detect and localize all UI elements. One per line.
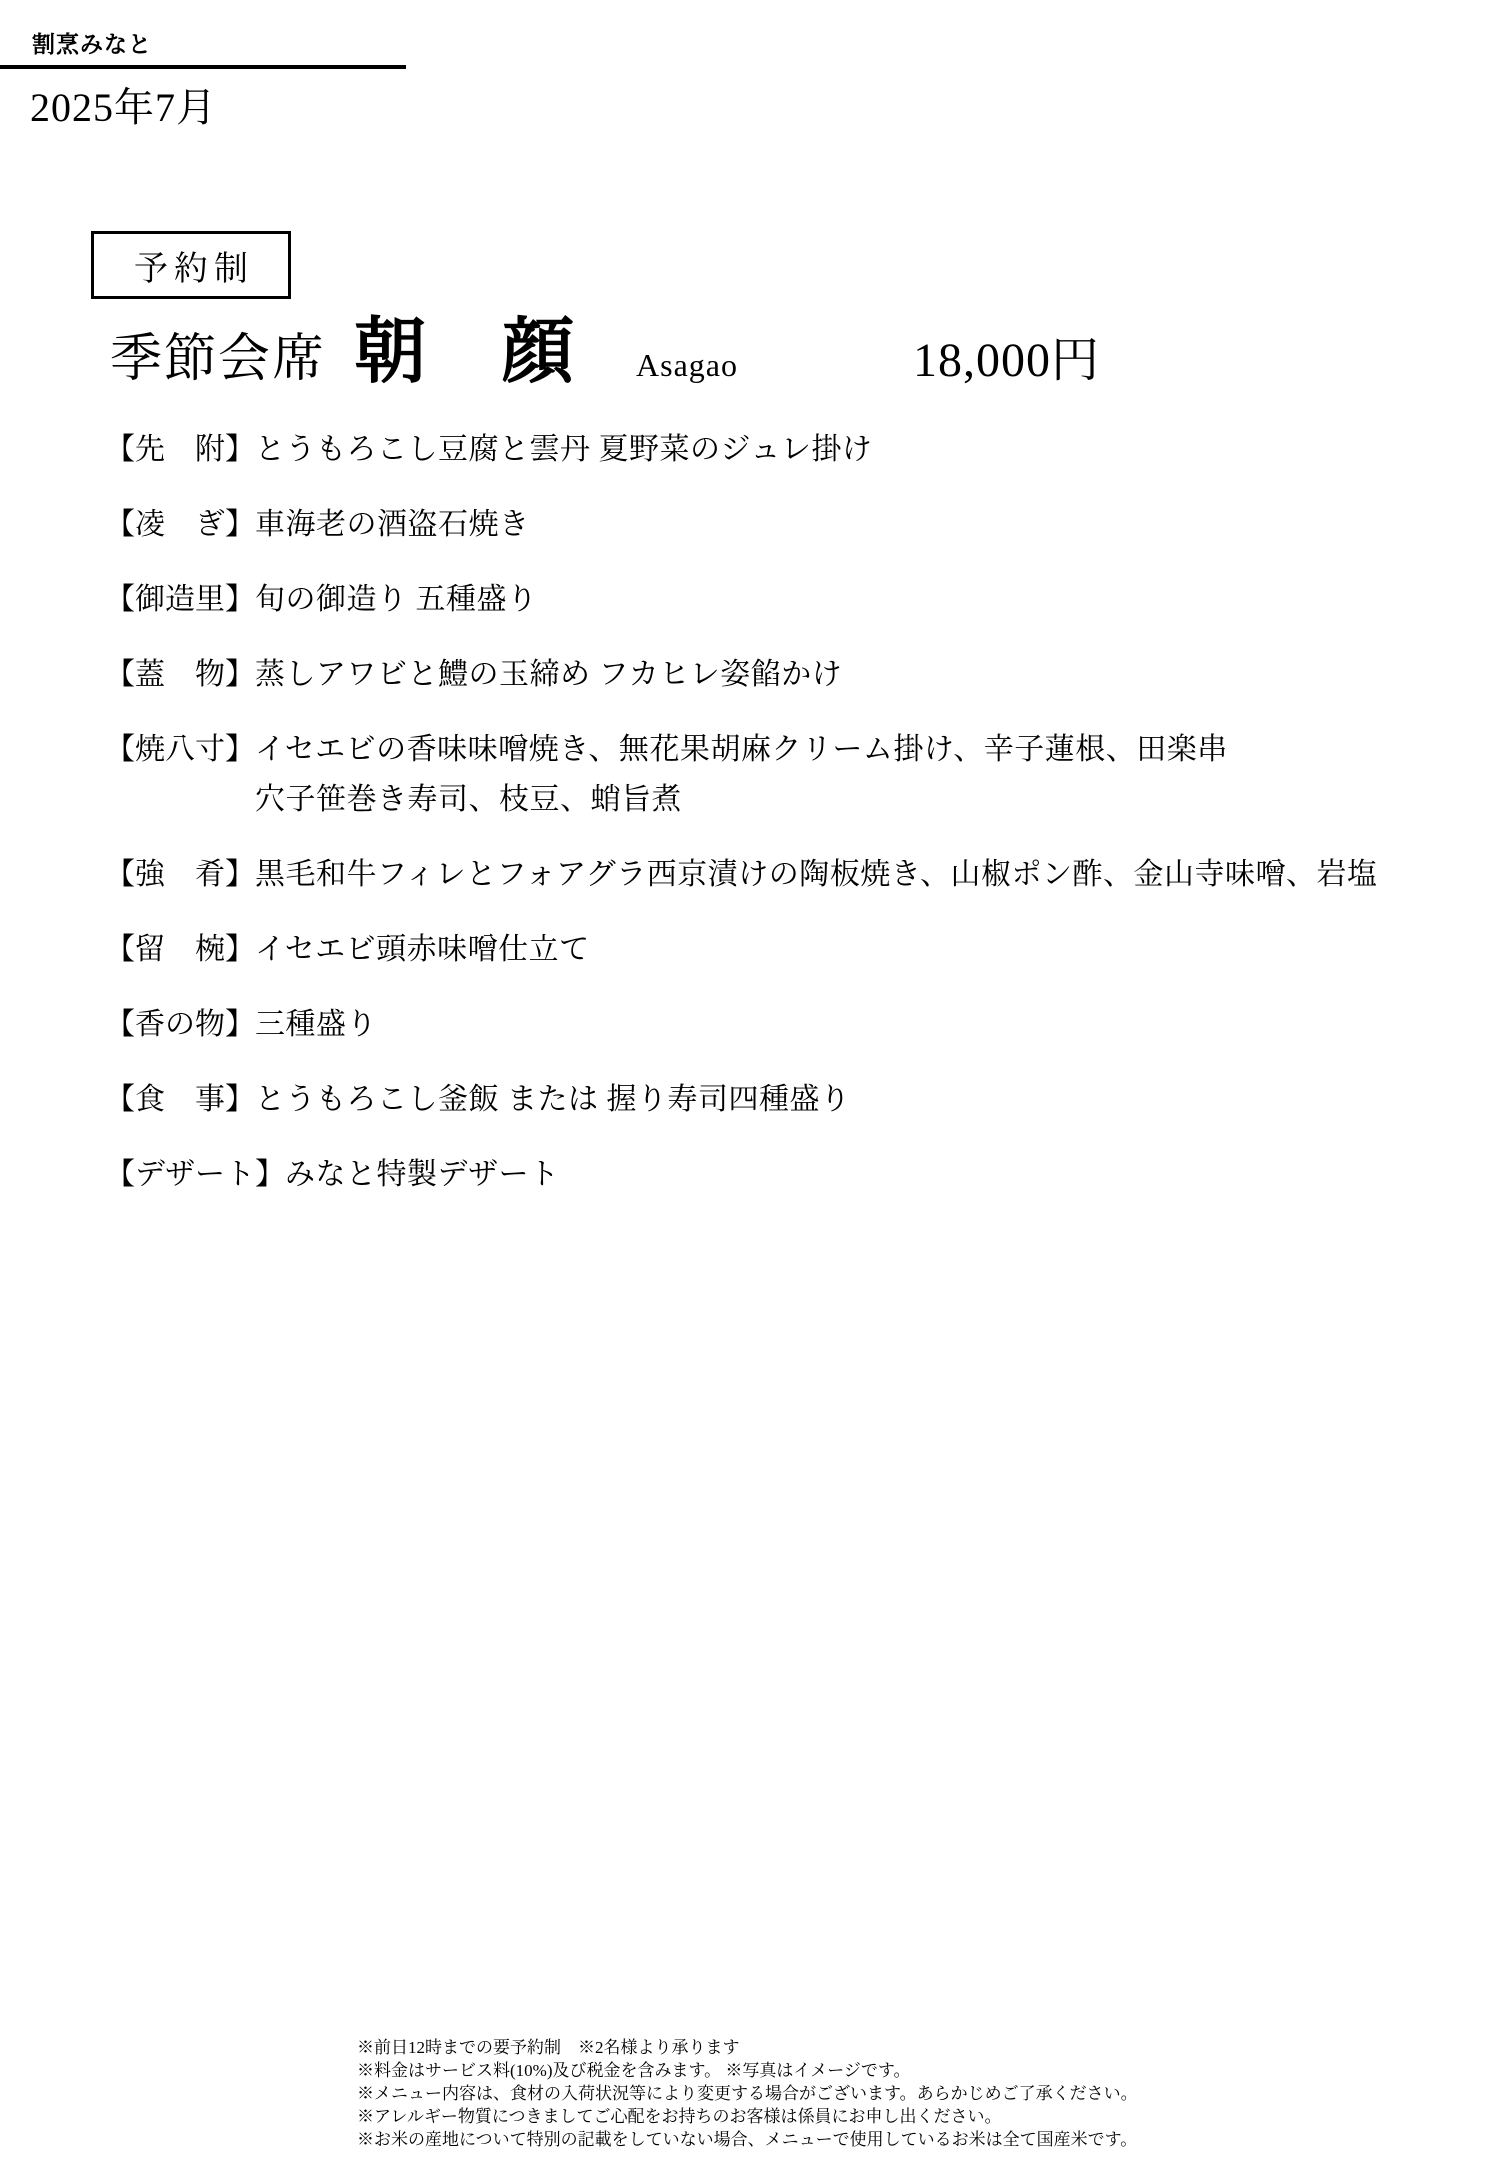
footnote-line: ※アレルギー物質につきましてご心配をお持ちのお客様は係員にお申し出ください。 xyxy=(357,2105,1457,2128)
menu-item-shokuji: 【食 事】 とうもろこし釜飯 または 握り寿司四種盛り xyxy=(105,1075,1445,1125)
menu-item-label: 【蓋 物】 xyxy=(105,650,255,700)
menu-list: 【先 附】 とうもろこし豆腐と雲丹 夏野菜のジュレ掛け 【凌 ぎ】 車海老の酒盗… xyxy=(105,425,1445,1225)
menu-item-yakihassun: 【焼八寸】 イセエビの香味味噌焼き、無花果胡麻クリーム掛け、辛子蓮根、田楽串 穴… xyxy=(105,725,1445,825)
menu-item-description: 旬の御造り 五種盛り xyxy=(255,575,538,625)
date-label: 2025年7月 xyxy=(30,76,217,133)
menu-item-konomono: 【香の物】 三種盛り xyxy=(105,1000,1445,1050)
footnote-line: ※料金はサービス料(10%)及び税金を含みます。 ※写真はイメージです。 xyxy=(357,2059,1457,2082)
menu-page: { "header": { "shop_name": "割烹みなと", "dat… xyxy=(0,0,1500,2167)
reservation-badge: 予約制 xyxy=(91,231,291,299)
footnote-line: ※メニュー内容は、食材の入荷状況等により変更する場合がございます。あらかじめご了… xyxy=(357,2082,1457,2105)
menu-item-label: 【香の物】 xyxy=(105,1000,255,1050)
menu-item-label: 【強 肴】 xyxy=(105,850,255,900)
menu-item-description: みなと特製デザート xyxy=(285,1150,560,1200)
menu-item-label: 【留 椀】 xyxy=(105,925,255,975)
menu-item-description: とうもろこし豆腐と雲丹 夏野菜のジュレ掛け xyxy=(255,425,872,475)
course-title-row: 季節会席 朝 顔 Asagao 18,000円 xyxy=(110,293,1450,397)
menu-item-label: 【凌 ぎ】 xyxy=(105,500,255,550)
menu-item-description: 車海老の酒盗石焼き xyxy=(255,500,530,550)
menu-item-dessert: 【デザート】 みなと特製デザート xyxy=(105,1150,1445,1200)
menu-item-label: 【焼八寸】 xyxy=(105,725,255,775)
footnotes: ※前日12時までの要予約制 ※2名様より承ります ※料金はサービス料(10%)及… xyxy=(357,2036,1457,2151)
menu-item-otsukuri: 【御造里】 旬の御造り 五種盛り xyxy=(105,575,1445,625)
menu-item-description: とうもろこし釜飯 または 握り寿司四種盛り xyxy=(255,1075,851,1125)
menu-item-shinogi: 【凌 ぎ】 車海老の酒盗石焼き xyxy=(105,500,1445,550)
menu-item-description: 三種盛り xyxy=(255,1000,377,1050)
course-name: 朝 顔 xyxy=(354,293,576,397)
menu-item-tomewan: 【留 椀】 イセエビ頭赤味噌仕立て xyxy=(105,925,1445,975)
shop-name: 割烹みなと xyxy=(32,26,406,59)
footnote-line: ※前日12時までの要予約制 ※2名様より承ります xyxy=(357,2036,1457,2059)
course-price: 18,000円 xyxy=(913,321,1100,390)
course-category: 季節会席 xyxy=(110,316,326,391)
menu-item-shiizakana: 【強 肴】 黒毛和牛フィレとフォアグラ西京漬けの陶板焼き、山椒ポン酢、金山寺味噌… xyxy=(105,850,1445,900)
footnote-line: ※お米の産地について特別の記載をしていない場合、メニューで使用しているお米は全て… xyxy=(357,2128,1457,2151)
menu-item-description: イセエビの香味味噌焼き、無花果胡麻クリーム掛け、辛子蓮根、田楽串 穴子笹巻き寿司… xyxy=(255,725,1228,825)
menu-item-label: 【食 事】 xyxy=(105,1075,255,1125)
menu-item-label: 【先 附】 xyxy=(105,425,255,475)
menu-item-description: イセエビ頭赤味噌仕立て xyxy=(255,925,590,975)
course-name-romaji: Asagao xyxy=(636,347,738,384)
menu-item-description: 黒毛和牛フィレとフォアグラ西京漬けの陶板焼き、山椒ポン酢、金山寺味噌、岩塩 xyxy=(255,850,1378,900)
header-divider: 割烹みなと xyxy=(0,0,406,69)
menu-item-futamono: 【蓋 物】 蒸しアワビと鱧の玉締め フカヒレ姿餡かけ xyxy=(105,650,1445,700)
menu-item-sakizuke: 【先 附】 とうもろこし豆腐と雲丹 夏野菜のジュレ掛け xyxy=(105,425,1445,475)
menu-item-label: 【デザート】 xyxy=(105,1150,285,1200)
menu-item-description: 蒸しアワビと鱧の玉締め フカヒレ姿餡かけ xyxy=(255,650,842,700)
menu-item-label: 【御造里】 xyxy=(105,575,255,625)
